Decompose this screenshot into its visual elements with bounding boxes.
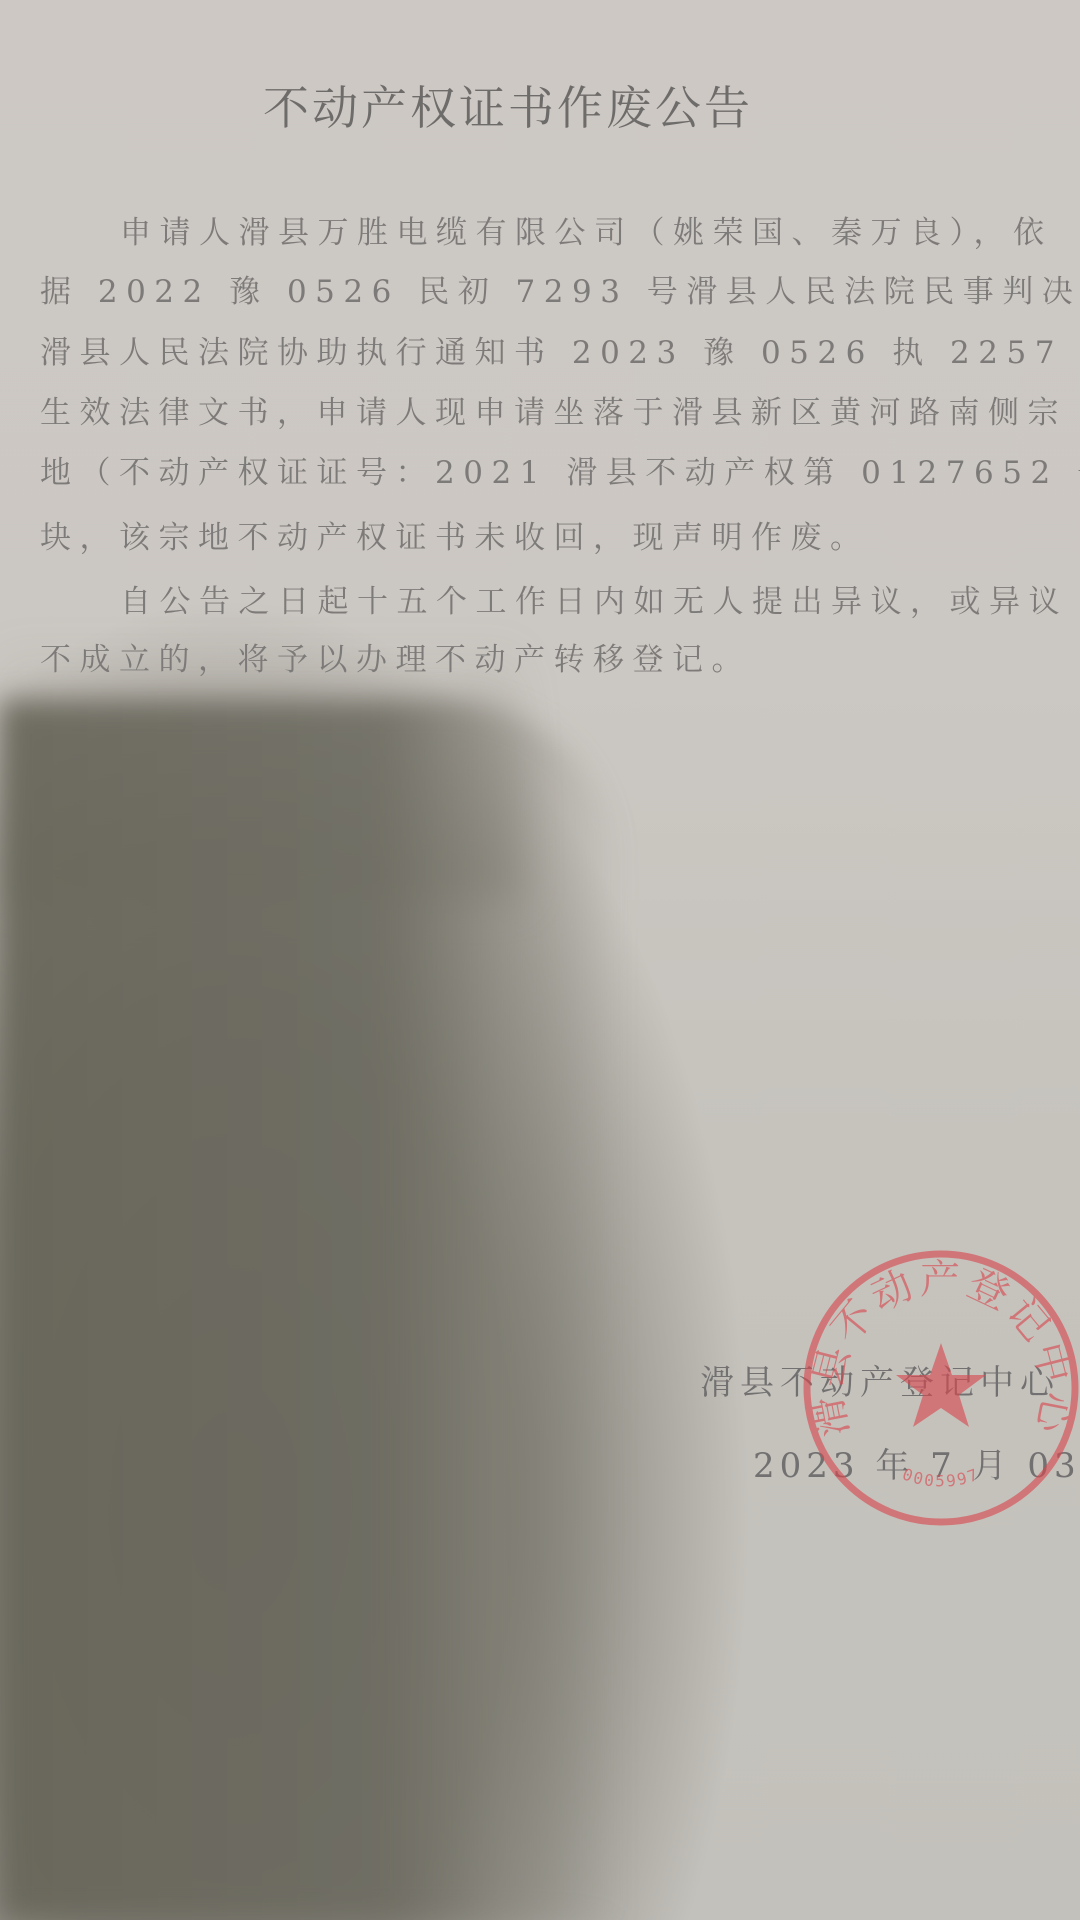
official-seal-icon: 滑县不动产登记中心 0005997 xyxy=(800,1247,1080,1529)
hand-shadow xyxy=(0,700,620,1920)
document-title: 不动产权证书作废公告 xyxy=(0,72,1080,138)
seal-serial: 0005997 xyxy=(900,1464,982,1490)
body-line: 自公告之日起十五个工作日内如无人提出异议，或异议 xyxy=(120,582,1080,622)
svg-text:0005997: 0005997 xyxy=(900,1464,982,1490)
body-line: 据 2022 豫 0526 民初 7293 号滑县人民法院民事判决书裁定、 xyxy=(40,272,1040,312)
body-line: 地（不动产权证证号：2021 滑县不动产权第 0127652 号）一 xyxy=(40,453,1040,493)
body-line: 滑县人民法院协助执行通知书 2023 豫 0526 执 2257 号之一 xyxy=(40,333,1040,373)
body-line: 申请人滑县万胜电缆有限公司（姚荣国、秦万良），依 xyxy=(120,213,1080,253)
body-line: 生效法律文书，申请人现申请坐落于滑县新区黄河路南侧宗 xyxy=(40,393,1040,433)
body-line: 块，该宗地不动产权证书未收回，现声明作废。 xyxy=(40,518,1040,558)
body-line: 不成立的，将予以办理不动产转移登记。 xyxy=(40,640,1040,680)
